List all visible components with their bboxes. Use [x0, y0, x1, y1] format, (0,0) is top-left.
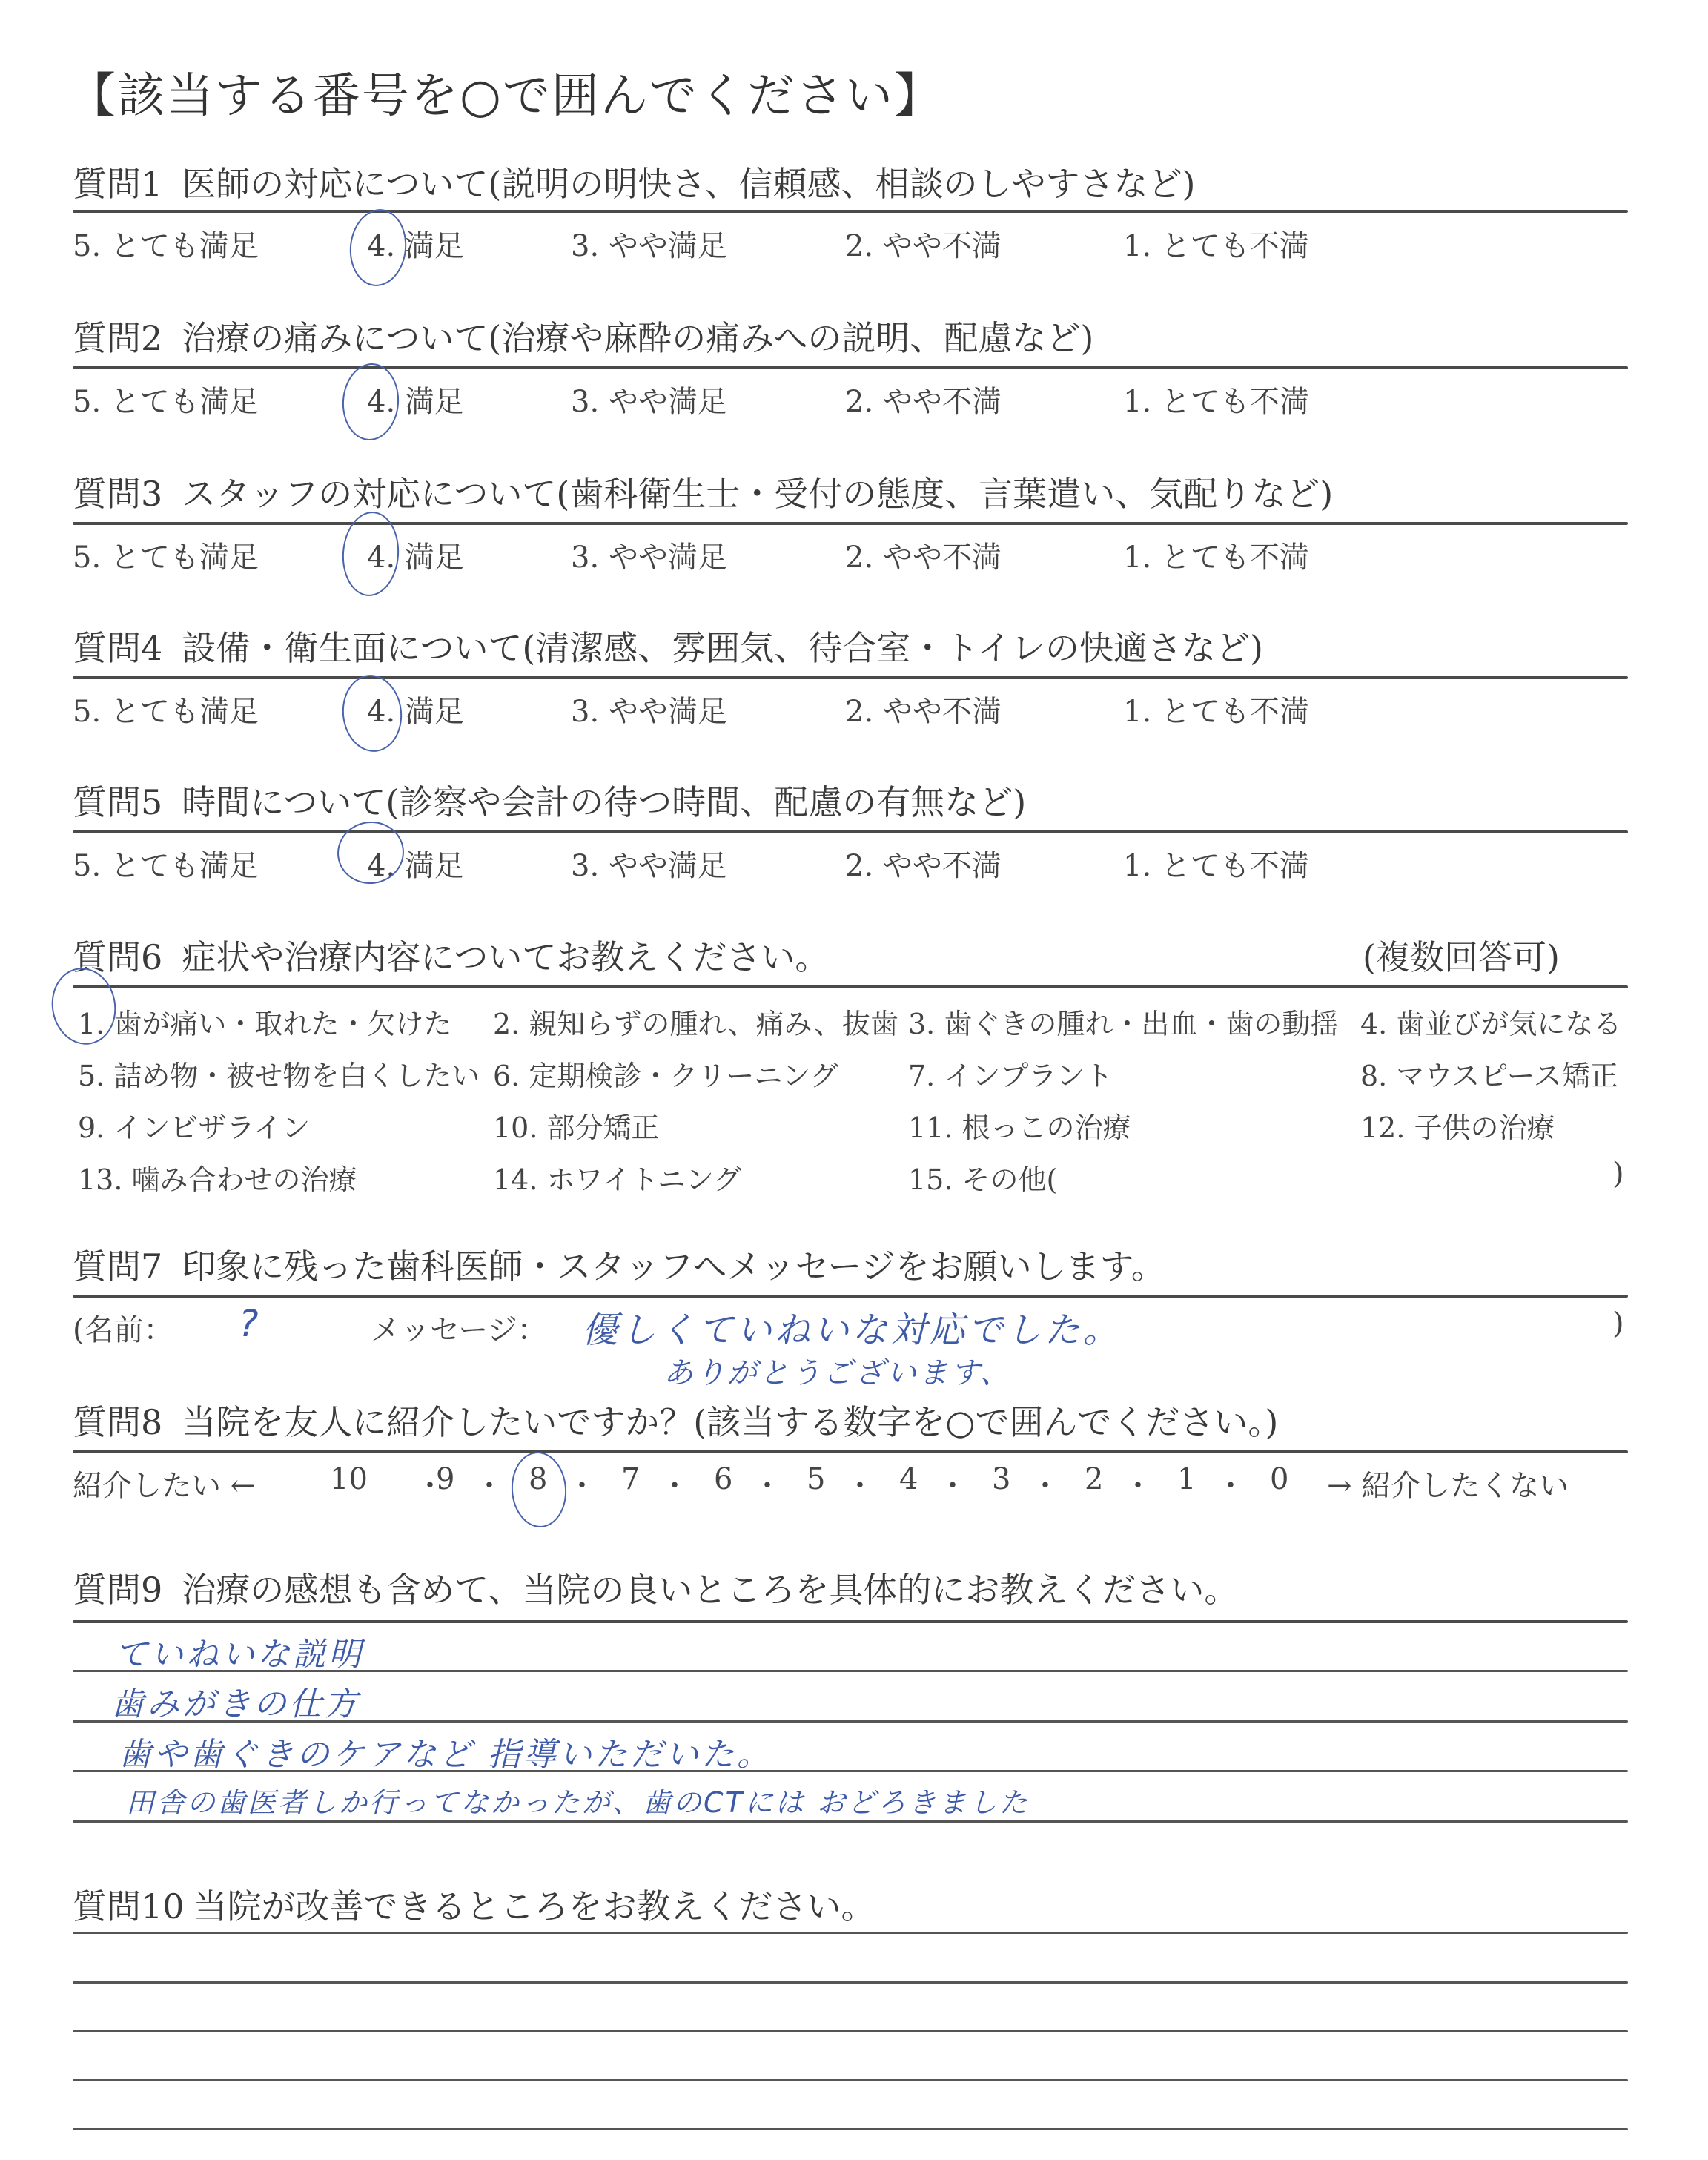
q6-option-3[interactable]: 3. 歯ぐきの腫れ・出血・歯の動揺: [908, 1001, 1338, 1042]
q8-left-label: 紹介したい ←: [73, 1462, 255, 1505]
q4-option-1[interactable]: 1. とても不満: [1123, 688, 1309, 730]
question-2-rule: [73, 366, 1628, 369]
q6-option-12[interactable]: 12. 子供の治療: [1360, 1105, 1555, 1146]
q6-option-8[interactable]: 8. マウスピース矯正: [1360, 1053, 1618, 1094]
q8-score-10[interactable]: 10: [330, 1462, 368, 1496]
question-7-heading: 質問7印象に残った歯科医師・スタッフへメッセージをお願いします。: [73, 1240, 1165, 1289]
q1-option-1[interactable]: 1. とても不満: [1123, 222, 1309, 265]
q10-answer-rule: [73, 1981, 1628, 1984]
q6-option-14[interactable]: 14. ホワイトニング: [493, 1157, 741, 1198]
page-title: 【該当する番号を○で囲んでください】: [68, 58, 943, 126]
q8-right-label: → 紹介したくない: [1327, 1462, 1569, 1505]
q6-option-7[interactable]: 7. インプラント: [908, 1053, 1113, 1094]
q9-answer-line-3[interactable]: 歯や歯ぐきのケアなど 指導いただいた。: [119, 1728, 772, 1775]
q6-option-13[interactable]: 13. 噛み合わせの治療: [78, 1157, 357, 1198]
q5-option-5[interactable]: 5. とても満足: [73, 842, 259, 885]
question-5-label: 質問5: [73, 782, 162, 822]
q4-option-3[interactable]: 3. やや満足: [571, 688, 727, 730]
question-8-label: 質問8: [73, 1402, 162, 1442]
q1-option-5[interactable]: 5. とても満足: [73, 222, 259, 265]
q5-option-2[interactable]: 2. やや不満: [845, 842, 1002, 885]
question-1-rule: [73, 210, 1628, 213]
question-4-rule: [73, 676, 1628, 679]
q8-sep: ・: [1030, 1462, 1060, 1505]
question-7-label: 質問7: [73, 1246, 162, 1287]
q8-sep: ・: [1123, 1462, 1153, 1505]
q4-selection-circle: [339, 672, 406, 755]
question-1-heading: 質問1医師の対応について(説明の明快さ、信頼感、相談のしやすさなど): [73, 157, 1195, 206]
q6-option-15[interactable]: 15. その他(: [908, 1157, 1057, 1198]
q3-option-5[interactable]: 5. とても満足: [73, 534, 259, 576]
q8-score-7[interactable]: 7: [621, 1462, 640, 1496]
question-10-text: 当院が改善できるところをお教えください。: [193, 1886, 875, 1926]
q8-sep: ・: [845, 1462, 875, 1505]
q10-answer-rule: [73, 1932, 1628, 1934]
q8-selection-circle: [509, 1450, 569, 1530]
question-6-text: 症状や治療内容についてお教えください。: [182, 937, 829, 977]
q8-sep: ・: [752, 1462, 782, 1505]
question-6-heading: 質問6症状や治療内容についてお教えください。: [73, 931, 829, 980]
q6-option-11[interactable]: 11. 根っこの治療: [908, 1105, 1131, 1146]
q8-score-2[interactable]: 2: [1085, 1462, 1103, 1496]
question-8-text: 当院を友人に紹介したいですか？(該当する数字を○で囲んでください。): [182, 1402, 1278, 1442]
question-4-label: 質問4: [73, 628, 162, 668]
q2-option-1[interactable]: 1. とても不満: [1123, 378, 1309, 420]
question-5-text: 時間について(診察や会計の待つ時間、配慮の有無など): [182, 782, 1026, 822]
question-6-rule: [73, 985, 1628, 988]
q1-selection-circle: [346, 206, 410, 288]
q2-option-2[interactable]: 2. やや不満: [845, 378, 1002, 420]
question-7-rule: [73, 1295, 1628, 1298]
q9-answer-rule: [73, 1720, 1628, 1723]
q3-option-1[interactable]: 1. とても不満: [1123, 534, 1309, 576]
q4-option-5[interactable]: 5. とても満足: [73, 688, 259, 730]
q4-option-2[interactable]: 2. やや不満: [845, 688, 1002, 730]
q7-message-line2[interactable]: ありがとうございます、: [663, 1350, 1012, 1392]
question-3-label: 質問3: [73, 474, 162, 514]
question-9-heading: 質問9治療の感想も含めて、当院の良いところを具体的にお教えください。: [73, 1563, 1238, 1612]
question-2-label: 質問2: [73, 318, 162, 358]
question-3-rule: [73, 522, 1628, 525]
q7-name-value[interactable]: ?: [239, 1302, 259, 1345]
q8-sep: ・: [938, 1462, 967, 1505]
q10-answer-rule: [73, 2079, 1628, 2081]
question-9-rule: [73, 1620, 1628, 1623]
question-3-text: スタッフの対応について(歯科衛生士・受付の態度、言葉遣い、気配りなど): [182, 474, 1333, 514]
q5-option-3[interactable]: 3. やや満足: [571, 842, 727, 885]
q6-option-10[interactable]: 10. 部分矯正: [493, 1105, 660, 1146]
q8-score-6[interactable]: 6: [714, 1462, 732, 1496]
q8-score-1[interactable]: 1: [1177, 1462, 1196, 1496]
question-10-heading: 質問10当院が改善できるところをお教えください。: [73, 1880, 875, 1929]
q7-close-paren: ): [1612, 1307, 1624, 1341]
q6-other-close-paren: ): [1612, 1157, 1624, 1191]
question-8-heading: 質問8当院を友人に紹介したいですか？(該当する数字を○で囲んでください。): [73, 1396, 1278, 1444]
question-1-text: 医師の対応について(説明の明快さ、信頼感、相談のしやすさなど): [182, 164, 1195, 204]
q8-score-3[interactable]: 3: [992, 1462, 1010, 1496]
q8-sep: ・: [474, 1462, 504, 1505]
q8-sep: ・: [1216, 1462, 1245, 1505]
q2-option-5[interactable]: 5. とても満足: [73, 378, 259, 420]
question-3-heading: 質問3スタッフの対応について(歯科衛生士・受付の態度、言葉遣い、気配りなど): [73, 467, 1333, 516]
q6-option-5[interactable]: 5. 詰め物・被せ物を白くしたい: [78, 1053, 480, 1094]
q6-option-1[interactable]: 1. 歯が痛い・取れた・欠けた: [78, 1001, 451, 1042]
q8-score-9[interactable]: 9: [436, 1462, 454, 1496]
question-4-heading: 質問4設備・衛生面について(清潔感、雰囲気、待合室・トイレの快適さなど): [73, 621, 1263, 670]
q6-option-4[interactable]: 4. 歯並びが気になる: [1360, 1001, 1621, 1042]
q2-selection-circle: [340, 361, 401, 442]
q2-option-3[interactable]: 3. やや満足: [571, 378, 727, 420]
q8-sep: ・: [660, 1462, 689, 1505]
q9-answer-line-4[interactable]: 田舎の歯医者しか行ってなかったが、歯のCTには おどろきました: [126, 1780, 1030, 1820]
question-7-text: 印象に残った歯科医師・スタッフへメッセージをお願いします。: [182, 1246, 1165, 1287]
q7-message-label: メッセージ：: [371, 1307, 547, 1349]
q8-score-4[interactable]: 4: [899, 1462, 918, 1496]
question-2-text: 治療の痛みについて(治療や麻酔の痛みへの説明、配慮など): [182, 318, 1093, 358]
q8-score-0[interactable]: 0: [1270, 1462, 1288, 1496]
q1-option-2[interactable]: 2. やや不満: [845, 222, 1002, 265]
question-6-note: (複数回答可): [1363, 931, 1560, 980]
q6-option-6[interactable]: 6. 定期検診・クリーニング: [493, 1053, 838, 1094]
q3-option-3[interactable]: 3. やや満足: [571, 534, 727, 576]
q9-answer-rule: [73, 1820, 1628, 1823]
q7-name-label: (名前：: [73, 1307, 173, 1349]
question-5-heading: 質問5時間について(診察や会計の待つ時間、配慮の有無など): [73, 776, 1026, 825]
q5-option-1[interactable]: 1. とても不満: [1123, 842, 1309, 885]
q8-score-5[interactable]: 5: [807, 1462, 825, 1496]
question-10-label: 質問10: [73, 1886, 185, 1926]
q7-message-line1[interactable]: 優しくていねいな対応でした。: [582, 1301, 1122, 1353]
q9-answer-line-2[interactable]: 歯みがきの仕方: [111, 1677, 360, 1725]
question-4-text: 設備・衛生面について(清潔感、雰囲気、待合室・トイレの快適さなど): [182, 628, 1263, 668]
question-9-text: 治療の感想も含めて、当院の良いところを具体的にお教えください。: [182, 1570, 1238, 1610]
q9-answer-line-1[interactable]: ていねいな説明: [115, 1628, 364, 1675]
question-1-label: 質問1: [73, 164, 162, 204]
q3-option-2[interactable]: 2. やや不満: [845, 534, 1002, 576]
q6-option-2[interactable]: 2. 親知らずの腫れ、痛み、抜歯: [493, 1001, 898, 1042]
question-5-rule: [73, 830, 1628, 833]
q6-option-9[interactable]: 9. インビザライン: [78, 1105, 310, 1146]
q10-answer-rule: [73, 2128, 1628, 2130]
q10-answer-rule: [73, 2030, 1628, 2032]
q1-option-3[interactable]: 3. やや満足: [571, 222, 727, 265]
q8-sep: ・: [567, 1462, 597, 1505]
question-9-label: 質問9: [73, 1570, 162, 1610]
question-2-heading: 質問2治療の痛みについて(治療や麻酔の痛みへの説明、配慮など): [73, 311, 1093, 360]
q9-answer-rule: [73, 1670, 1628, 1672]
question-8-rule: [73, 1450, 1628, 1453]
q9-answer-rule: [73, 1770, 1628, 1772]
